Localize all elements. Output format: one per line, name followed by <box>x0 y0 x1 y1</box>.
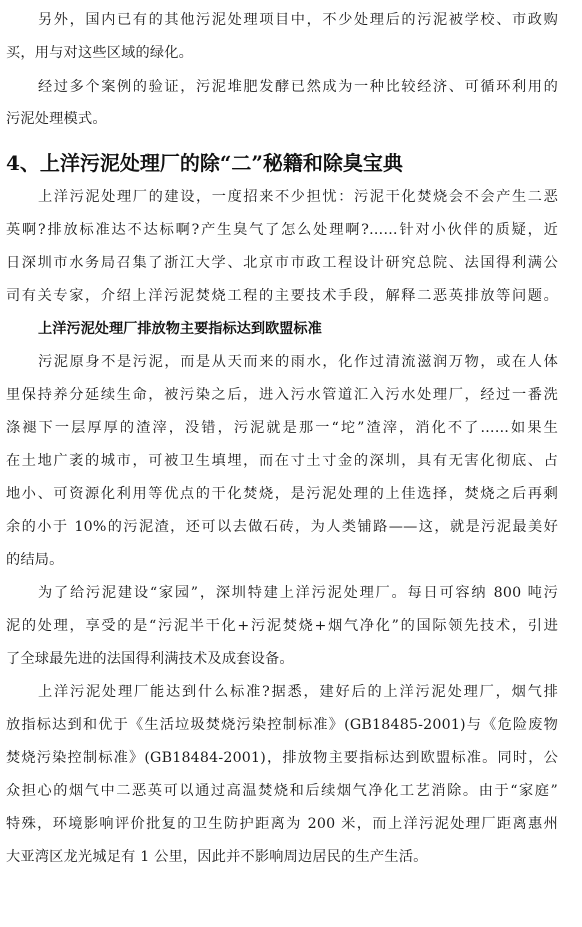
sub-paragraph-1-line-7: 的结局。 <box>6 550 558 570</box>
sub-paragraph-3-line-2: 放指标达到和优于《生活垃圾焚烧污染控制标准》(GB18485-2001)与《危险… <box>6 715 558 735</box>
sub-paragraph-2-line-3: 了全球最先进的法国得利满技术及成套设备。 <box>6 649 558 669</box>
paragraph-1-line-2: 买，用与对这些区域的绿化。 <box>6 43 558 63</box>
sub-paragraph-1-line-6: 余的小于 10%的污泥渣，还可以去做石砖，为人类铺路——这，就是污泥最美好 <box>6 517 558 537</box>
sub-paragraph-2-line-2: 泥的处理，享受的是“污泥半干化+污泥焚烧+烟气净化”的国际领先技术，引进 <box>6 616 558 636</box>
sub-paragraph-1-line-5: 地小、可资源化利用等优点的干化焚烧，是污泥处理的上佳选择，焚烧之后再剩 <box>6 484 558 504</box>
sub-paragraph-1-line-1: 污泥原身不是污泥，而是从天而来的雨水，化作过清流滋润万物，或在人体 <box>38 352 558 372</box>
section-paragraph-line-2: 英啊?排放标准达不达标啊?产生臭气了怎么处理啊?……针对小伙伴的质疑，近 <box>6 220 558 240</box>
sub-paragraph-1-line-3: 涤褪下一层厚厚的渣滓，没错，污泥就是那一“坨”渣滓，消化不了……如果生 <box>6 418 558 438</box>
paragraph-2-line-1: 经过多个案例的验证，污泥堆肥发酵已然成为一种比较经济、可循环利用的 <box>38 77 558 97</box>
sub-paragraph-3-line-1: 上洋污泥处理厂能达到什么标准?据悉，建好后的上洋污泥处理厂，烟气排 <box>38 682 558 702</box>
section-heading: 4、上洋污泥处理厂的除“二”秘籍和除臭宝典 <box>6 150 403 176</box>
paragraph-1-line-1: 另外，国内已有的其他污泥处理项目中，不少处理后的污泥被学校、市政购 <box>38 10 558 30</box>
sub-paragraph-2-line-1: 为了给污泥建设“家园”，深圳特建上洋污泥处理厂。每日可容纳 800 吨污 <box>38 583 558 603</box>
sub-paragraph-3-line-3: 焚烧污染控制标准》(GB18484-2001)，排放物主要指标达到欧盟标准。同时… <box>6 748 558 768</box>
section-paragraph-line-4: 司有关专家，介绍上洋污泥焚烧工程的主要技术手段，解释二恶英排放等问题。 <box>6 286 558 306</box>
sub-paragraph-3-line-5: 特殊，环境影响评价批复的卫生防护距离为 200 米，而上洋污泥处理厂距离惠州 <box>6 814 558 834</box>
subheading: 上洋污泥处理厂排放物主要指标达到欧盟标准 <box>38 319 322 339</box>
sub-paragraph-1-line-4: 在土地广袤的城市，可被卫生填埋，而在寸土寸金的深圳，具有无害化彻底、占 <box>6 451 558 471</box>
section-paragraph-line-3: 日深圳市水务局召集了浙江大学、北京市市政工程设计研究总院、法国得利满公 <box>6 253 558 273</box>
sub-paragraph-3-line-4: 众担心的烟气中二恶英可以通过高温焚烧和后续烟气净化工艺消除。由于“家庭” <box>6 781 558 801</box>
section-paragraph-line-1: 上洋污泥处理厂的建设，一度招来不少担忧：污泥干化焚烧会不会产生二恶 <box>38 187 558 207</box>
sub-paragraph-1-line-2: 里保持养分延续生命，被污染之后，进入污水管道汇入污水处理厂，经过一番洗 <box>6 385 558 405</box>
sub-paragraph-3-line-6: 大亚湾区龙光城足有 1 公里，因此并不影响周边居民的生产生活。 <box>6 847 558 867</box>
paragraph-2-line-2: 污泥处理模式。 <box>6 109 558 129</box>
